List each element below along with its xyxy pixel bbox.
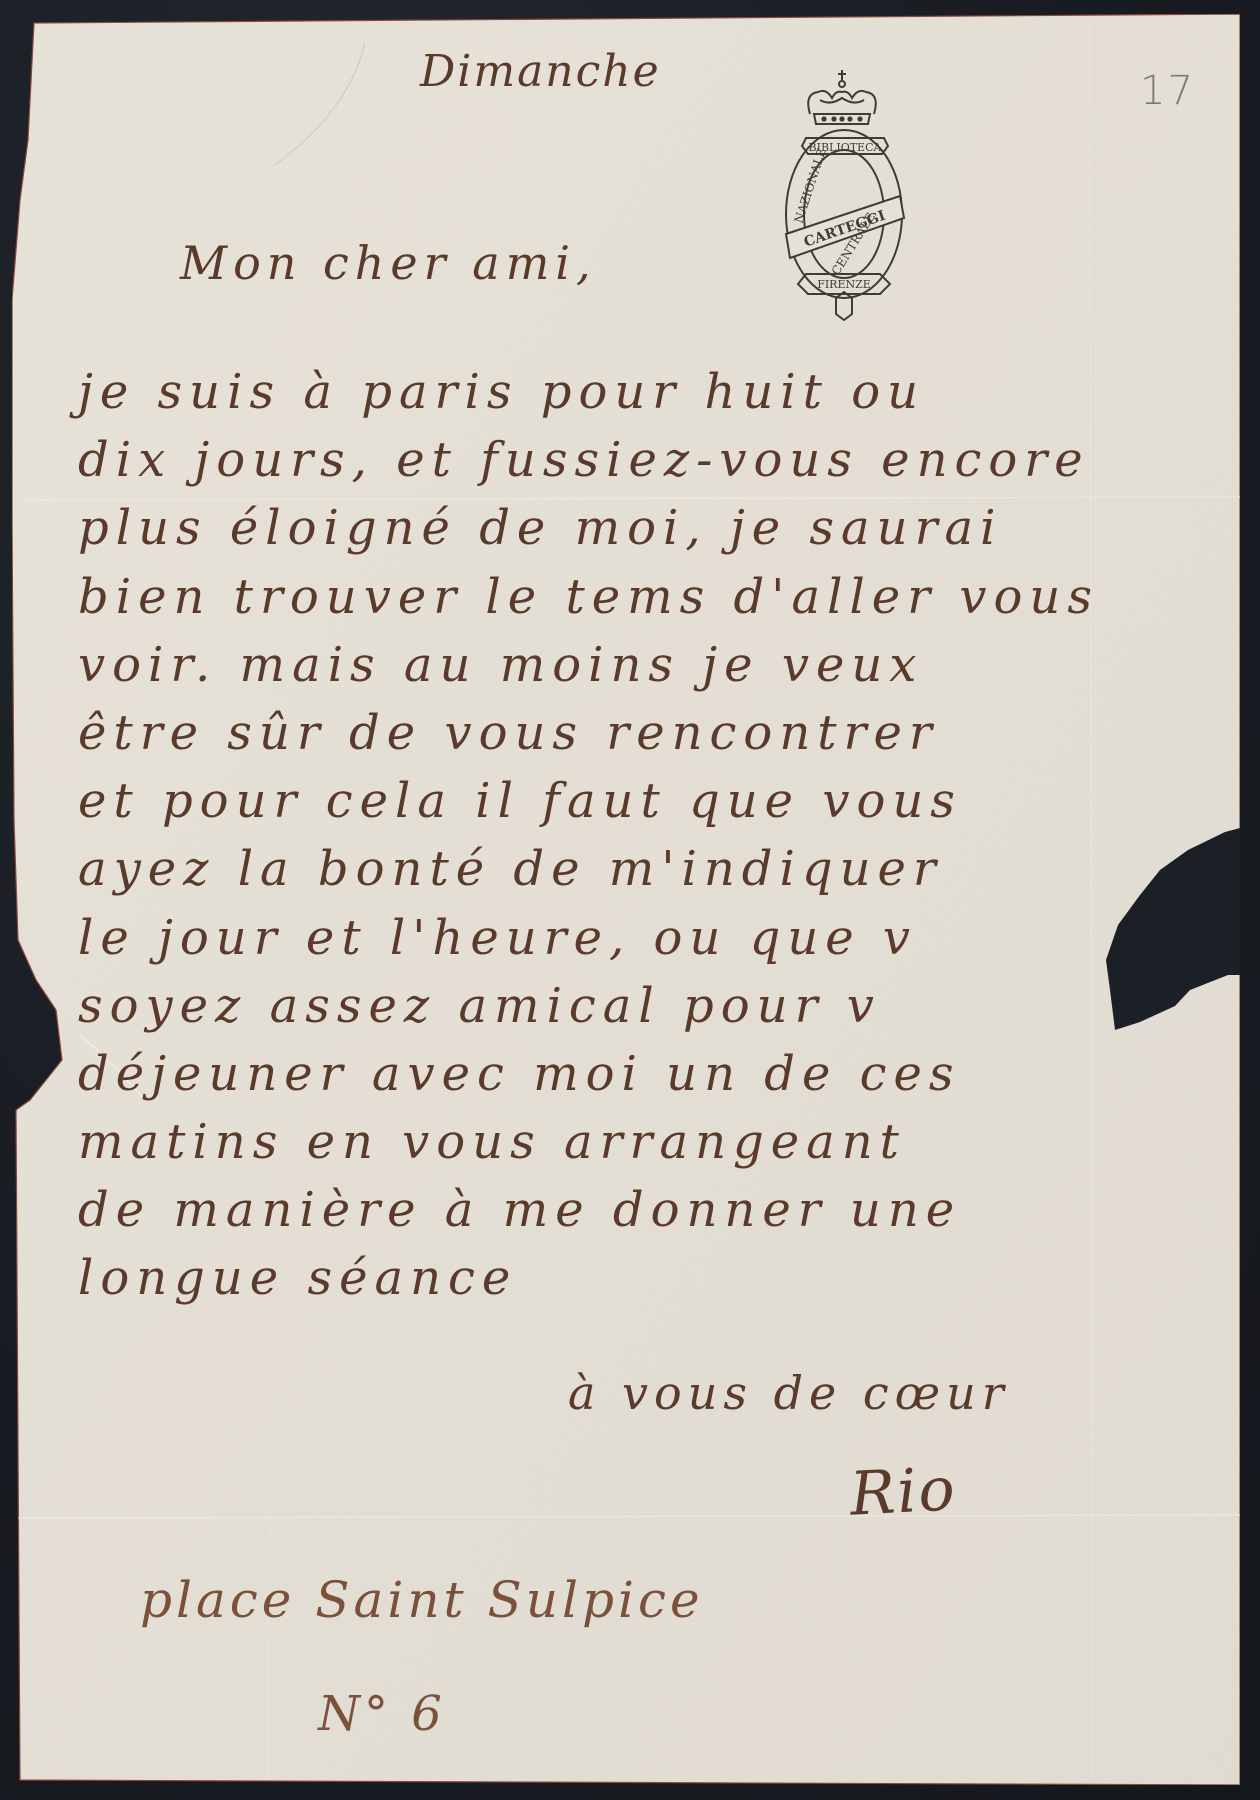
body-line: je suis à paris pour huit ou [78,368,1178,436]
letter-date: Dimanche [420,50,661,94]
folio-number: 17 [1140,68,1195,114]
salutation: Mon cher ami, [180,240,597,286]
body-line: dix jours, et fussiez-vous encore [78,436,1178,504]
address-street: place Saint Sulpice [140,1575,704,1625]
stamp-left-text: NAZIONALE [792,146,829,224]
body-line: de manière à me donner une [78,1186,1178,1254]
body-line: voir. mais au moins je veux [78,641,1178,709]
body-line: longue séance [78,1254,1178,1322]
body-line: ayez la bonté de m'indiquer [78,845,1178,913]
body-line: et pour cela il faut que vous [78,777,1178,845]
closing: à vous de cœur [568,1370,1010,1416]
letter-sheet: 17 [0,0,1260,1800]
library-stamp: BIBLIOTECA NAZIONALE CARTEGGI CENTRALE F… [780,66,910,322]
body-line: déjeuner avec moi un de ces [78,1050,1178,1118]
body-line: le jour et l'heure, ou que v [78,914,1178,982]
body-line: matins en vous arrangeant [78,1118,1178,1186]
body-line: être sûr de vous rencontrer [78,709,1178,777]
body-line: soyez assez amical pour v [78,982,1178,1050]
address-number: N° 6 [318,1690,446,1738]
crown-icon [808,70,876,124]
letter-body: je suis à paris pour huit ou dix jours, … [78,368,1178,1323]
body-line: bien trouver le tems d'aller vous [78,573,1178,641]
body-line: plus éloigné de moi, je saurai [78,504,1178,572]
signature: Rio [849,1459,958,1524]
stamp-bottom-text: FIRENZE [817,278,871,291]
